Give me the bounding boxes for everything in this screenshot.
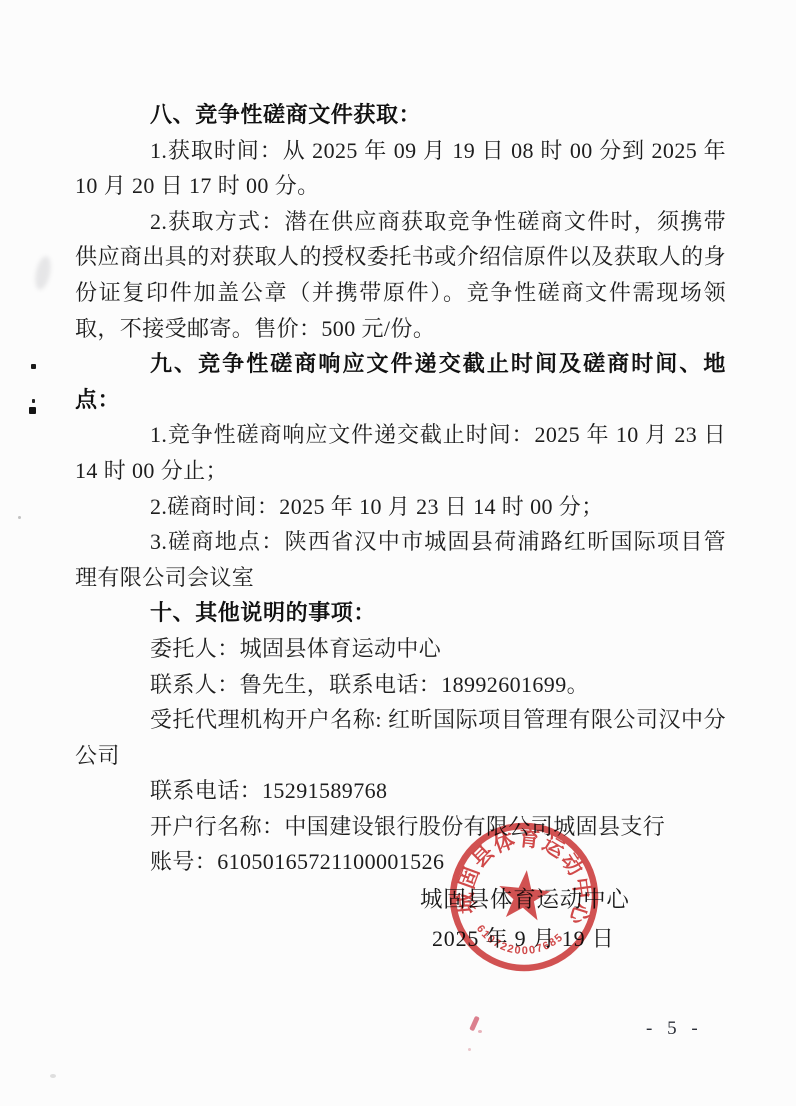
scan-smudge bbox=[33, 255, 54, 291]
paragraph: 1.获取时间：从 2025 年 09 月 19 日 08 时 00 分到 202… bbox=[75, 133, 726, 204]
document-body: 八、竞争性磋商文件获取：1.获取时间：从 2025 年 09 月 19 日 08… bbox=[75, 97, 726, 880]
scan-speck bbox=[50, 1074, 56, 1078]
paragraph: 1.竞争性磋商响应文件递交截止时间：2025 年 10 月 23 日 14 时 … bbox=[75, 417, 726, 488]
red-ink-speck bbox=[469, 1016, 480, 1032]
seal-star-icon bbox=[496, 867, 552, 921]
paragraph: 委托人：城固县体育运动中心 bbox=[75, 631, 726, 667]
paragraph: 2.磋商时间：2025 年 10 月 23 日 14 时 00 分； bbox=[75, 489, 726, 525]
paragraph: 联系人：鲁先生，联系电话：18992601699。 bbox=[75, 667, 726, 703]
paragraph: 联系电话：15291589768 bbox=[75, 773, 726, 809]
section-heading: 十、其他说明的事项： bbox=[75, 595, 726, 631]
scan-speck bbox=[18, 516, 21, 519]
document-page: 八、竞争性磋商文件获取：1.获取时间：从 2025 年 09 月 19 日 08… bbox=[0, 0, 796, 1106]
section-heading: 九、竞争性磋商响应文件递交截止时间及磋商时间、地点： bbox=[75, 346, 726, 417]
official-seal: 城固县体育运动中心 6107220007685 bbox=[436, 809, 612, 985]
paragraph: 开户行名称：中国建设银行股份有限公司城固县支行 bbox=[75, 809, 726, 845]
red-ink-speck bbox=[478, 1030, 482, 1033]
page-number: - 5 - bbox=[646, 1018, 703, 1040]
section-heading: 八、竞争性磋商文件获取： bbox=[75, 97, 726, 133]
paragraph: 3.磋商地点：陕西省汉中市城固县荷浦路红昕国际项目管理有限公司会议室 bbox=[75, 524, 726, 595]
scan-speck bbox=[32, 399, 35, 403]
paragraph: 账号：61050165721100001526 bbox=[75, 844, 726, 880]
paragraph: 2.获取方式：潜在供应商获取竞争性磋商文件时，须携带供应商出具的对获取人的授权委… bbox=[75, 204, 726, 346]
red-ink-speck bbox=[468, 1048, 471, 1051]
paragraph: 受托代理机构开户名称: 红昕国际项目管理有限公司汉中分公司 bbox=[75, 702, 726, 773]
scan-speck bbox=[31, 364, 36, 369]
scan-speck bbox=[29, 407, 36, 414]
